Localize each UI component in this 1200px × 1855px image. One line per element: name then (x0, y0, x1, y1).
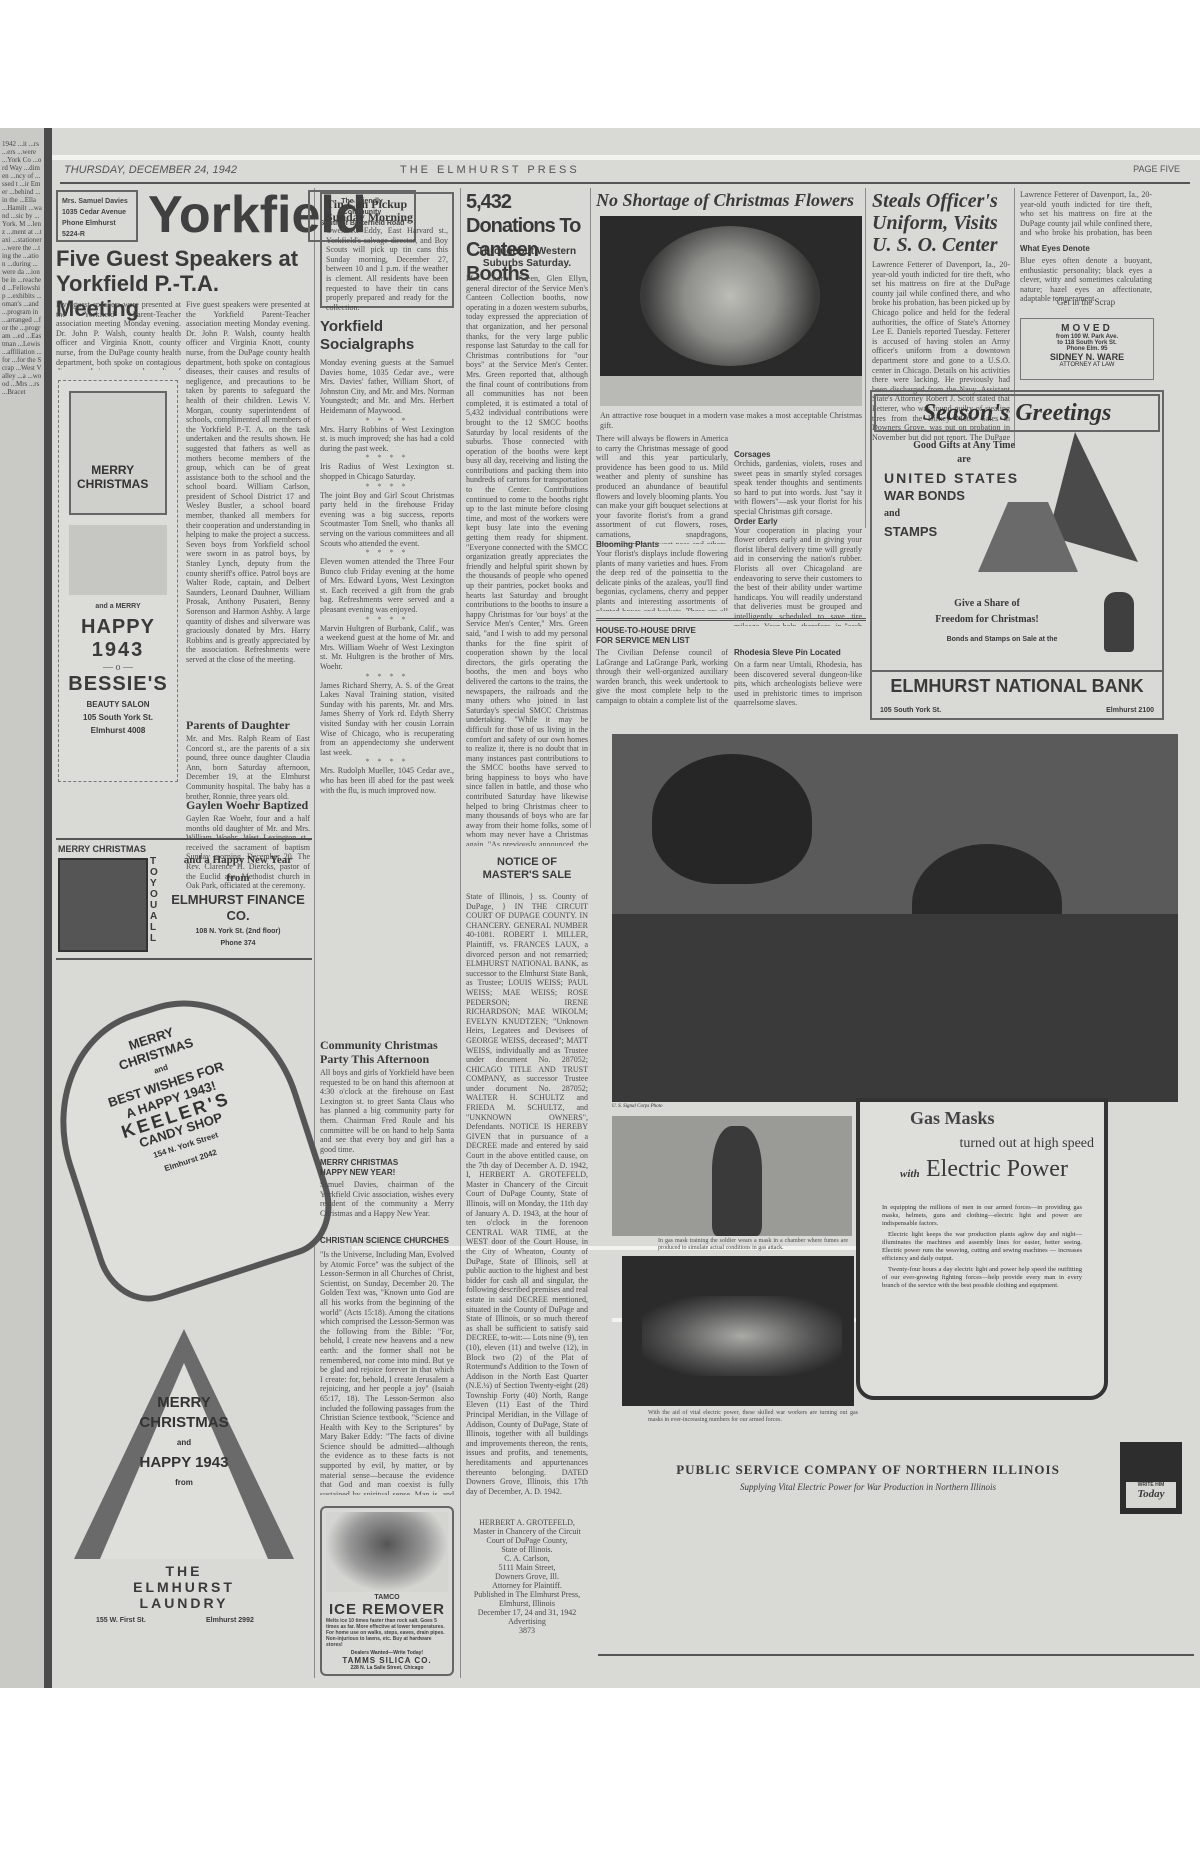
signature-line: Court of DuPage County, (466, 1536, 588, 1545)
house-drive-body: The Civilian Defense council of LaGrange… (596, 648, 728, 706)
parents-headline: Parents of Daughter (186, 718, 310, 733)
house-drive-headline-line: FOR SERVICE MEN LIST (596, 636, 728, 646)
laundry-address: 155 W. First St. (96, 1617, 146, 1624)
social-item: Iris Radius of West Lexington st. shoppe… (320, 462, 454, 481)
flowers-caption: An attractive rose bouquet in a modern v… (600, 411, 862, 430)
workers-shape (642, 1296, 842, 1376)
soldier-illustration (1104, 592, 1134, 652)
bank-line2: are (884, 454, 1044, 465)
merry-headline-line: MERRY CHRISTMAS (320, 1158, 454, 1168)
bank-stamps: STAMPS (884, 524, 937, 539)
laundry-line: from (96, 1473, 272, 1493)
bouquet-shape (640, 226, 820, 366)
social-item: Mrs. Rudolph Mueller, 1045 Cedar ave., w… (320, 766, 454, 795)
baptized-headline: Gaylen Woehr Baptized (186, 798, 314, 813)
tamco-brand: TAMCO (326, 1594, 448, 1601)
finance-line1: and a Happy New Year (168, 854, 308, 866)
merry-body: Samuel Davies, chairman of the Yorkfield… (320, 1180, 454, 1218)
socialgraphs-headline: Yorkfield Socialgraphs (320, 318, 454, 354)
section-body: Your cooperation in placing your flower … (734, 526, 862, 626)
psco-paragraph: Electric light keeps the war production … (882, 1231, 1082, 1263)
signature-line: 3873 (466, 1626, 588, 1635)
masthead: THURSDAY, DECEMBER 24, 1942 THE ELMHURST… (60, 160, 1190, 184)
headline-mid: turned out at high speed (959, 1136, 1094, 1152)
children-illustration (69, 525, 167, 595)
pta-body-col1: Five guest speakers were presented at th… (56, 300, 181, 370)
tamco-company: TAMMS SILICA CO. (326, 1656, 448, 1665)
laundry-greeting: MERRY CHRISTMAS and HAPPY 1943 from (96, 1393, 272, 1493)
previous-page-fragment: 1942 ...it ...rs ...ers ...were ...York … (0, 128, 44, 408)
item-separator: * * * * (320, 548, 454, 557)
laundry-line: HAPPY 1943 (96, 1453, 272, 1473)
tamco-address: 228 N. La Salle Street, Chicago (326, 1665, 448, 1671)
elmhurst-national-bank-ad: Season's Greetings Good Gifts at Any Tim… (870, 390, 1164, 672)
science-body: "Is the Universe, Including Man, Evolved… (320, 1250, 454, 1495)
bessie-year: 1943 (59, 639, 177, 662)
psco-company: PUBLIC SERVICE COMPANY OF NORTHERN ILLIN… (638, 1462, 1098, 1478)
divider-ornament: — o — (59, 662, 177, 673)
rhodesia-headline: Rhodesia Sleve Pin Located (734, 648, 862, 657)
social-item: The joint Boy and Girl Scout Christmas p… (320, 491, 454, 549)
tin-can-headline: Tin Can Pickup Sunday Morning (326, 198, 448, 224)
social-item: James Richard Sherry, A. S. of the Great… (320, 681, 454, 758)
bank-share-2: Freedom for Christmas! (902, 614, 1072, 625)
signature-line: Downers Grove, Ill. (466, 1572, 588, 1581)
helmet-shape (652, 754, 812, 884)
seasons-greetings: Season's Greetings (874, 394, 1160, 432)
soldiers-gas-mask-photo (612, 734, 1178, 1102)
war-workers-photo (622, 1256, 854, 1406)
bank-and: and (884, 508, 900, 519)
laundry-phone: Elmhurst 2992 (206, 1617, 254, 1624)
signature-line: Advertising (466, 1617, 588, 1626)
headline-top: Gas Masks (910, 1108, 995, 1129)
item-separator: * * * * (320, 416, 454, 425)
photo-credit: U. S. Signal Corps Photo (612, 1104, 663, 1109)
section-body: Your florist's displays include flowerin… (596, 549, 728, 611)
psco-paragraph: In equipping the millions of men in our … (882, 1204, 1082, 1228)
bessie-type: BEAUTY SALON (59, 700, 177, 709)
moved-name: SIDNEY N. WARE (1021, 352, 1153, 362)
merry-christmas-text: MERRYCHRISTMAS (77, 463, 148, 491)
party-body: All boys and girls of Yorkfield have bee… (320, 1068, 454, 1154)
finance-merry: MERRY CHRISTMAS (58, 844, 146, 854)
caption-workers: With the aid of vital electric power, th… (648, 1410, 858, 1424)
bank-line1: Good Gifts at Any Time (884, 440, 1044, 451)
science-headline: CHRISTIAN SCIENCE CHURCHES (320, 1236, 454, 1245)
merry-headline-line: HAPPY NEW YEAR! (320, 1168, 454, 1178)
eyes-headline: What Eyes Denote (1020, 244, 1152, 253)
tin-can-box: Tin Can Pickup Sunday Morning Owen K. Ed… (320, 192, 454, 308)
to-you-all-vertical: TO YOU ALL (150, 856, 162, 944)
master-sale-body: State of Illinois, } ss. County of DuPag… (466, 892, 588, 1512)
bessie-address: 105 South York St. (59, 713, 177, 722)
gas-chamber-photo (612, 1116, 852, 1236)
blooming-plants-section: Blooming Plants Your florist's displays … (596, 540, 728, 611)
bank-bonds-2: WAR BONDS (884, 488, 965, 503)
bottom-rule (596, 618, 866, 621)
master-sale-headline-line: MASTER'S SALE (466, 869, 588, 882)
finance-phone: Phone 374 (168, 940, 308, 947)
social-item: Eleven women attended the Three Four Bun… (320, 557, 454, 615)
sidney-ware-moved-ad: MOVED from 100 W. Park Ave. to 118 South… (1020, 318, 1154, 380)
psco-tagline: Supplying Vital Electric Power for War P… (638, 1482, 1098, 1492)
badge-line: Today (1126, 1488, 1176, 1500)
master-sale-signature: HERBERT A. GROTEFELD, Master in Chancery… (466, 1518, 588, 1635)
tamco-product: ICE REMOVER (326, 1601, 448, 1618)
laundry-name-line: ELMHURST (66, 1579, 302, 1595)
elmhurst-finance-ad: MERRY CHRISTMAS TO YOU ALL and a Happy N… (56, 838, 312, 960)
signature-line: Master in Chancery of the Circuit (466, 1527, 588, 1536)
bessie-phone: Elmhurst 4008 (59, 726, 177, 735)
section-body: Orchids, gardenias, violets, roses and s… (734, 459, 862, 517)
issue-date: THURSDAY, DECEMBER 24, 1942 (64, 164, 237, 176)
section-title: Blooming Plants (596, 540, 728, 549)
finance-line2: from (168, 872, 308, 884)
headline-with: with (900, 1168, 920, 1180)
uniform-body-continued: Lawrence Fetterer of Davenport, Ia., 20-… (1020, 190, 1152, 236)
house-drive-headline: HOUSE-TO-HOUSE DRIVE FOR SERVICE MEN LIS… (596, 626, 728, 646)
uniform-headline: Steals Officer's Uniform, Visits U. S. O… (872, 190, 1012, 256)
finance-co: CO. (168, 908, 308, 923)
signature-line: HERBERT A. GROTEFELD, (466, 1518, 588, 1527)
section-title: Order Early (734, 517, 862, 526)
signature-line: Elmhurst, Illinois (466, 1599, 588, 1608)
laundry-name-line: LAUNDRY (66, 1595, 302, 1611)
tamco-ice-remover-ad: TAMCO ICE REMOVER Melts ice 10 times fas… (320, 1506, 454, 1676)
column-rule (460, 188, 461, 1678)
signature-line: 5111 Main Street, (466, 1563, 588, 1572)
signature-line: December 17, 24 and 31, 1942 (466, 1608, 588, 1617)
master-sale-headline: NOTICE OF MASTER'S SALE (466, 856, 588, 882)
master-sale-headline-line: NOTICE OF (466, 856, 588, 869)
bessie-happy: HAPPY (59, 616, 177, 639)
section-title: Corsages (734, 450, 862, 459)
contact-address: 1035 Cedar Avenue (62, 207, 132, 218)
contact-phone: Phone Elmhurst 5224-R (62, 218, 132, 240)
column-rule (314, 188, 315, 1678)
bank-phone: Elmhurst 2100 (1106, 707, 1154, 714)
social-item: Monday evening guests at the Samuel Davi… (320, 358, 454, 416)
house-drive-headline-line: HOUSE-TO-HOUSE DRIVE (596, 626, 728, 636)
laundry-line: MERRY (96, 1393, 272, 1413)
christmas-bells-illustration: MERRYCHRISTMAS (69, 391, 167, 515)
column-rule (590, 188, 591, 828)
item-separator: * * * * (320, 672, 454, 681)
scanned-newspaper: 1942 ...it ...rs ...ers ...were ...York … (0, 128, 1200, 1688)
donations-body: Mrs. Charles Green, Glen Ellyn, general … (466, 274, 588, 846)
badge-label: WRITE HIM Today (1126, 1482, 1176, 1508)
social-item: Marvin Hultgren of Burbank, Calif., was … (320, 624, 454, 672)
laundry-name-line: THE (66, 1563, 302, 1579)
finance-name: ELMHURST FINANCE (168, 892, 308, 907)
donations-headline: 5,432 Donations To Canteen Booths (466, 190, 588, 286)
bank-share-1: Give a Share of (902, 598, 1072, 609)
page-number: PAGE FIVE (1133, 164, 1180, 174)
rhodesia-body: On a farm near Umtali, Rhodesia, has bee… (734, 660, 862, 708)
flowers-headline: No Shortage of Christmas Flowers (596, 190, 866, 211)
elmhurst-laundry-ad: MERRY CHRISTMAS and HAPPY 1943 from THE … (56, 1323, 312, 1653)
public-service-company-ad: U. S. Signal Corps Photo In gas mask tra… (598, 734, 1194, 1656)
yorkfield-contact-box: Mrs. Samuel Davies 1035 Cedar Avenue Pho… (56, 190, 138, 242)
keelers-candy-shop-ad: MERRY CHRISTMAS and BEST WISHES FOR A HA… (56, 988, 312, 1288)
table-surface (600, 376, 862, 406)
item-separator: * * * * (320, 615, 454, 624)
newspaper-page: THURSDAY, DECEMBER 24, 1942 THE ELMHURST… (52, 128, 1200, 1688)
tin-can-body: Owen K. Eddy, East Harvard st., Yorkfiel… (326, 226, 448, 312)
write-him-today-badge: WRITE HIM Today (1120, 1442, 1182, 1514)
scrap-slogan: Get in the Scrap (1020, 298, 1152, 308)
caption-gas-chamber: In gas mask training the soldier wears a… (658, 1238, 848, 1252)
signature-line: Published in The Elmhurst Press, (466, 1590, 588, 1599)
electric-power-panel: Gas Masks turned out at high speed with … (856, 1098, 1108, 1400)
tamco-body: Melts ice 10 times faster than rock salt… (326, 1618, 448, 1648)
item-separator: * * * * (320, 482, 454, 491)
paper-name: THE ELMHURST PRESS (400, 164, 580, 176)
woman-illustration (326, 1512, 448, 1592)
bessie-greeting: and a MERRY (59, 603, 177, 610)
soldier-figure (712, 1126, 762, 1236)
donations-subhead: Throughout Western Suburbs Saturday. (466, 246, 588, 270)
signature-line: State of Illinois. (466, 1545, 588, 1554)
social-item: Mrs. Harry Robbins of West Lexington st.… (320, 425, 454, 454)
bessie-name: BESSIE'S (59, 673, 177, 696)
item-separator: * * * * (320, 757, 454, 766)
signature-line: C. A. Carlson, (466, 1554, 588, 1563)
finance-address: 108 N. York St. (2nd floor) (168, 928, 308, 935)
parents-body: Mr. and Mrs. Ralph Ream of East Concord … (186, 734, 310, 801)
children-window-illustration (58, 858, 148, 952)
merry-headline: MERRY CHRISTMAS HAPPY NEW YEAR! (320, 1158, 454, 1178)
column-rule (865, 188, 866, 528)
rose-bouquet-photo (600, 216, 862, 406)
headline-main: Electric Power (926, 1156, 1068, 1183)
moved-role: ATTORNEY AT LAW (1021, 362, 1153, 368)
bank-bonds-1: UNITED STATES (884, 470, 1019, 486)
moved-title: MOVED (1021, 323, 1153, 334)
bank-name: ELMHURST NATIONAL BANK (872, 676, 1162, 697)
signature-line: Attorney for Plaintiff. (466, 1581, 588, 1590)
corsages-section: Corsages Orchids, gardenias, violets, ro… (734, 434, 862, 626)
laundry-line: and (96, 1433, 272, 1453)
item-separator: * * * * (320, 453, 454, 462)
ground (612, 914, 1178, 1102)
psco-paragraph: Twenty-four hours a day electric light a… (882, 1266, 1082, 1290)
socialgraphs-items: Monday evening guests at the Samuel Davi… (320, 358, 454, 795)
pta-body-col2: Five guest speakers were presented at th… (186, 300, 310, 790)
bank-sale: Bonds and Stamps on Sale at the (902, 636, 1102, 643)
bank-address: 105 South York St. (880, 707, 941, 714)
previous-page-edge: 1942 ...it ...rs ...ers ...were ...York … (0, 128, 44, 1688)
bessies-beauty-salon-ad: MERRYCHRISTMAS and a MERRY HAPPY 1943 — … (58, 380, 178, 782)
bank-name-box: ELMHURST NATIONAL BANK 105 South York St… (870, 670, 1164, 720)
psco-paragraphs: In equipping the millions of men in our … (882, 1204, 1082, 1290)
party-headline: Community Christmas Party This Afternoon (320, 1038, 456, 1066)
laundry-line: CHRISTMAS (96, 1413, 272, 1433)
contact-name: Mrs. Samuel Davies (62, 196, 132, 207)
flowers-body: There will always be flowers in America … (596, 434, 728, 544)
laundry-name: THE ELMHURST LAUNDRY (66, 1563, 302, 1611)
